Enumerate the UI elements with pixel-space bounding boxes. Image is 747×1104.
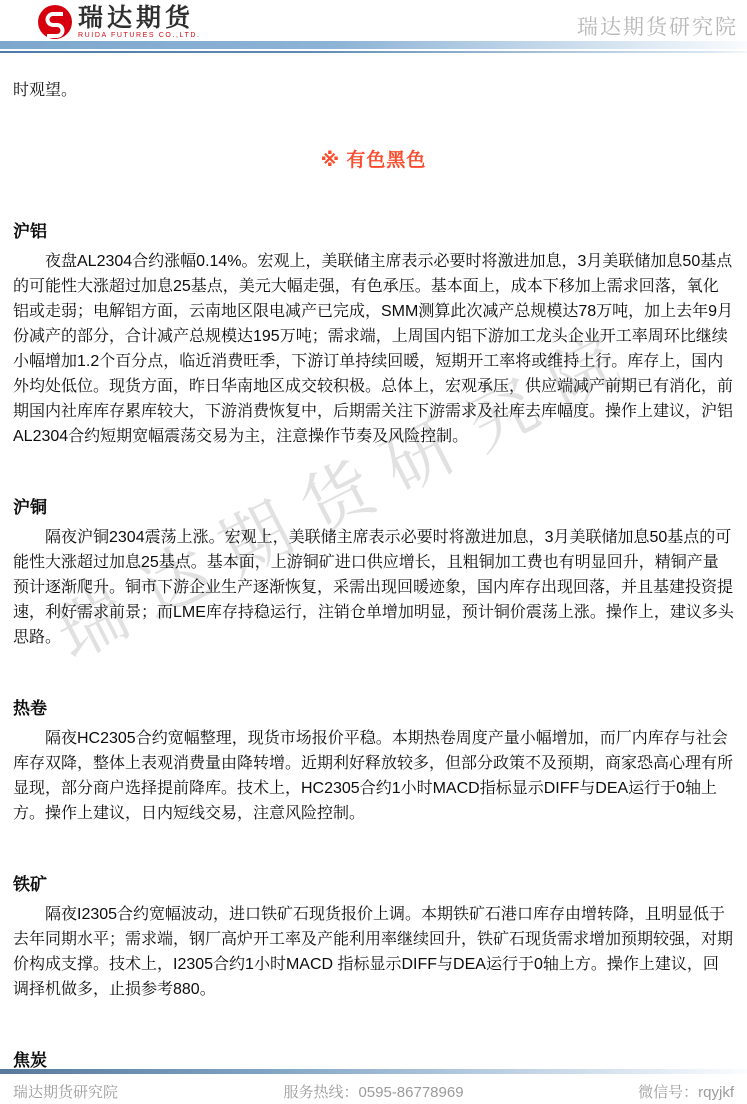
brand-name-en: RUIDA FUTURES CO.,LTD. [78,32,201,39]
category-heading: ※ 有色黑色 [13,149,734,173]
header-institute-title: 瑞达期货研究院 [577,11,738,41]
section-title: 铁矿 [13,874,734,895]
section-paragraph: 隔夜HC2305合约宽幅整理，现货市场报价平稳。本期热卷周度产量小幅增加，而厂内… [13,726,734,826]
section-hutong: 沪铜 隔夜沪铜2304震荡上涨。宏观上，美联储主席表示必要时将激进加息，3月美联… [13,497,734,650]
ruida-logo-icon [37,4,73,40]
section-tiekuang: 铁矿 隔夜I2305合约宽幅波动，进口铁矿石现货报价上调。本期铁矿石港口库存由增… [13,874,734,1002]
section-paragraph: 隔夜沪铜2304震荡上涨。宏观上，美联储主席表示必要时将激进加息，3月美联储加息… [13,525,734,650]
header-rule-thick [0,41,747,49]
section-title: 沪铜 [13,497,734,518]
carryover-text: 时观望。 [13,78,734,103]
report-page: 瑞达期货 RUIDA FUTURES CO.,LTD. 瑞达期货研究院 瑞达期货… [0,0,747,1104]
page-footer: 瑞达期货研究院 服务热线：0595-86778969 微信号：rqyjkf [0,1069,747,1104]
footer-institute: 瑞达期货研究院 [13,1081,238,1102]
brand-name-cn: 瑞达期货 [78,4,201,32]
footer-text-row: 瑞达期货研究院 服务热线：0595-86778969 微信号：rqyjkf [0,1074,747,1102]
brand-logo: 瑞达期货 RUIDA FUTURES CO.,LTD. [37,4,201,40]
section-hulv: 沪铝 夜盘AL2304合约涨幅0.14%。宏观上，美联储主席表示必要时将激进加息… [13,221,734,449]
header-rule-thin [0,51,747,53]
footer-hotline: 服务热线：0595-86778969 [238,1081,508,1102]
section-jiaotan: 焦炭 [13,1050,734,1071]
section-title: 沪铝 [13,221,734,242]
brand-text: 瑞达期货 RUIDA FUTURES CO.,LTD. [78,4,201,39]
footer-wechat: 微信号：rqyjkf [509,1081,734,1102]
page-header: 瑞达期货 RUIDA FUTURES CO.,LTD. 瑞达期货研究院 [0,0,747,40]
section-rejuan: 热卷 隔夜HC2305合约宽幅整理，现货市场报价平稳。本期热卷周度产量小幅增加，… [13,698,734,826]
section-paragraph: 隔夜I2305合约宽幅波动，进口铁矿石现货报价上调。本期铁矿石港口库存由增转降，… [13,902,734,1002]
report-body: 时观望。 ※ 有色黑色 沪铝 夜盘AL2304合约涨幅0.14%。宏观上，美联储… [13,53,734,1071]
section-title: 热卷 [13,698,734,719]
section-title: 焦炭 [13,1050,734,1071]
section-paragraph: 夜盘AL2304合约涨幅0.14%。宏观上，美联储主席表示必要时将激进加息，3月… [13,249,734,449]
